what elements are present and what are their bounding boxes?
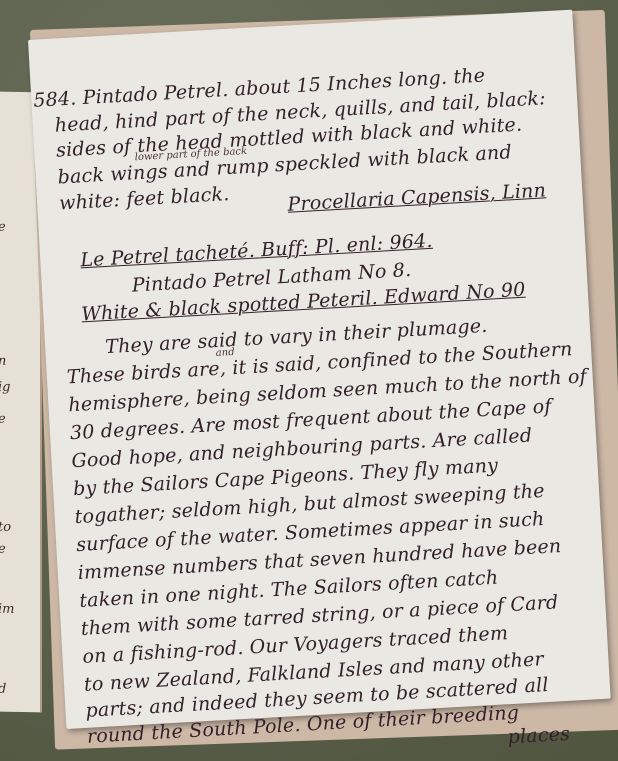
left-fragment: ig xyxy=(0,380,10,395)
text-line: white: feet black. xyxy=(59,183,230,214)
left-fragment: e xyxy=(0,542,6,557)
latin-name: Procellaria Capensis, Linn xyxy=(287,179,547,215)
left-fragment: e xyxy=(0,412,6,427)
catchword: places xyxy=(507,723,571,748)
manuscript-page: 584. Pintado Petrel. about 15 Inches lon… xyxy=(28,10,611,729)
left-fragment: to xyxy=(0,520,11,535)
left-fragment: e xyxy=(0,220,6,235)
left-fragment: n xyxy=(0,354,6,369)
left-fragment: d xyxy=(0,682,6,697)
left-fragment: im xyxy=(0,602,15,617)
